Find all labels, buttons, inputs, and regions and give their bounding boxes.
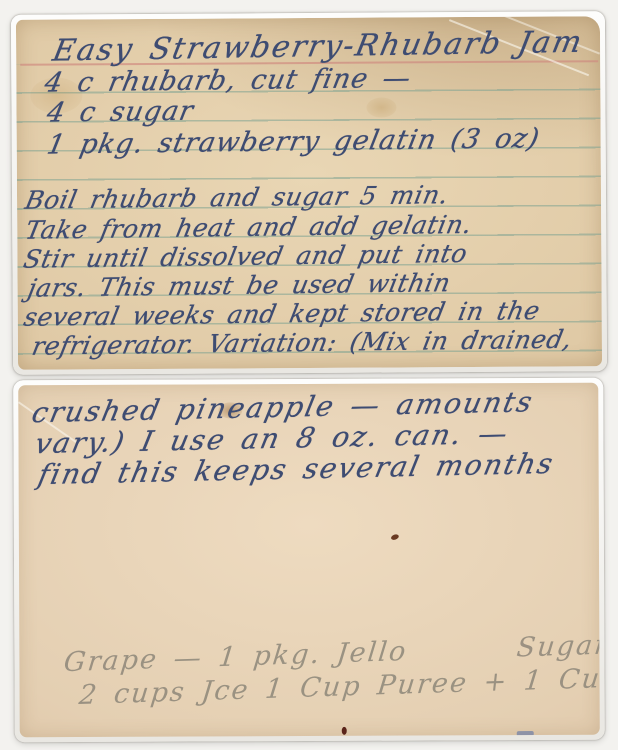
- instruction-line: Stir until dissolved and put into: [21, 241, 469, 272]
- recipe-card-front: Easy Strawberry-Rhubarb Jam 4 c rhubarb,…: [16, 16, 602, 370]
- instruction-line: jars. This must be used within: [26, 270, 453, 301]
- card-front-sleeve: Easy Strawberry-Rhubarb Jam 4 c rhubarb,…: [11, 11, 607, 375]
- instruction-line: Take from heat and add gelatin.: [23, 212, 474, 243]
- recipe-title: Easy Strawberry-Rhubarb Jam: [50, 28, 586, 67]
- note-line: find this keeps several months: [36, 450, 557, 489]
- ink-speck: [342, 727, 347, 735]
- ingredient-line: 4 c sugar: [45, 98, 197, 127]
- blue-mark: [517, 731, 534, 736]
- recipe-card-photo: Easy Strawberry-Rhubarb Jam 4 c rhubarb,…: [0, 0, 618, 750]
- recipe-card-back: crushed pineapple — amounts vary.) I use…: [18, 383, 600, 738]
- ink-speck: [390, 533, 399, 540]
- instruction-line: refrigerator. Variation: (Mix in drained…: [30, 327, 574, 359]
- instruction-line: several weeks and kept stored in the: [22, 298, 542, 330]
- card-back-sleeve: crushed pineapple — amounts vary.) I use…: [13, 378, 605, 743]
- ingredient-line: 4 c rhubarb, cut fine —: [42, 65, 413, 97]
- ingredient-line: 1 pkg. strawberry gelatin (3 oz): [45, 125, 542, 158]
- instruction-line: Boil rhubarb and sugar 5 min.: [23, 182, 451, 213]
